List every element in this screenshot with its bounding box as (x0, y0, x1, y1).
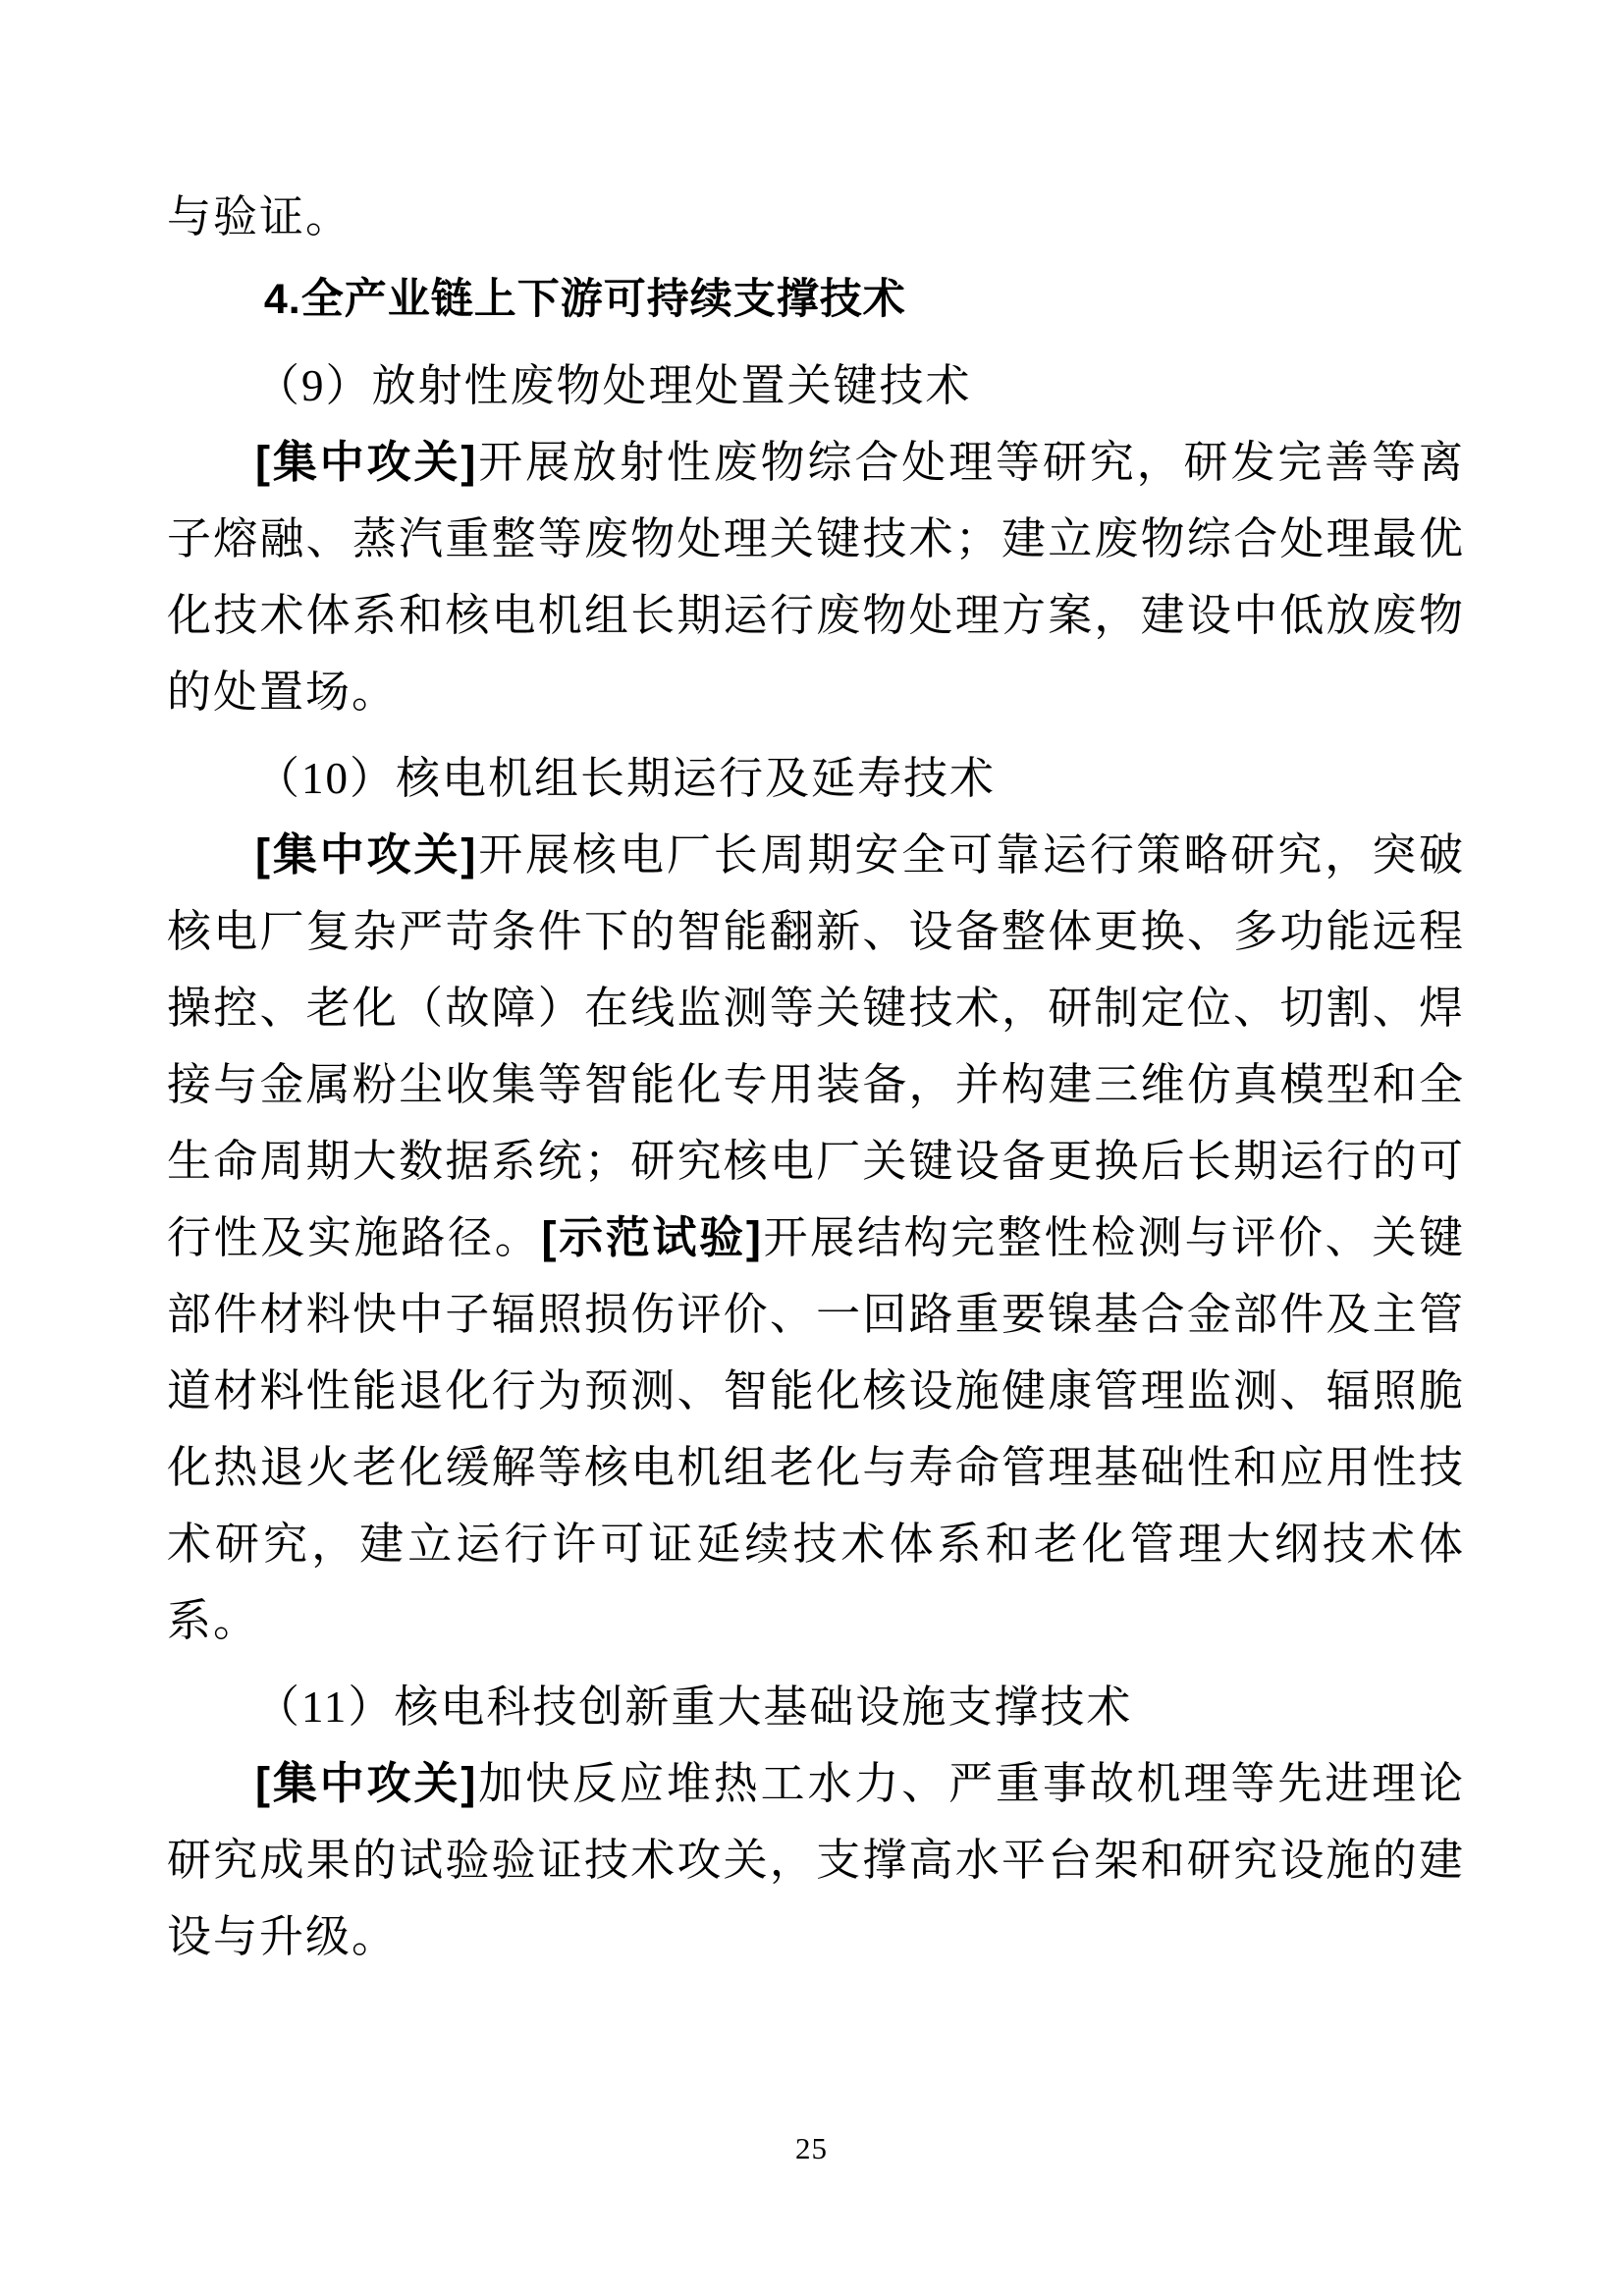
item-title: （10）核电机组长期运行及延寿技术 (167, 740, 1465, 817)
document-page: 与验证。 4.全产业链上下游可持续支撑技术 （9）放射性废物处理处置关键技术 [… (0, 0, 1623, 2296)
item-paragraph: [集中攻关]开展放射性废物综合处理等研究，研发完善等离子熔融、蒸汽重整等废物处理… (167, 424, 1465, 730)
item-title: （9）放射性废物处理处置关键技术 (167, 347, 1465, 424)
tag-label: [集中攻关] (255, 829, 477, 880)
item-title: （11）核电科技创新重大基础设施支撑技术 (167, 1669, 1465, 1745)
paragraph-continuation: 与验证。 (167, 179, 1465, 255)
tag-label: [示范试验] (541, 1212, 762, 1262)
section-item-10: （10）核电机组长期运行及延寿技术 [集中攻关]开展核电厂长周期安全可靠运行策略… (167, 740, 1465, 1659)
section-item-11: （11）核电科技创新重大基础设施支撑技术 [集中攻关]加快反应堆热工水力、严重事… (167, 1669, 1465, 1975)
page-number: 25 (0, 2131, 1623, 2166)
item-paragraph: [集中攻关]开展核电厂长周期安全可靠运行策略研究，突破核电厂复杂严苛条件下的智能… (167, 817, 1465, 1659)
paragraph-text: 开展核电厂长周期安全可靠运行策略研究，突破核电厂复杂严苛条件下的智能翻新、设备整… (167, 830, 1465, 1262)
item-paragraph: [集中攻关]加快反应堆热工水力、严重事故机理等先进理论研究成果的试验验证技术攻关… (167, 1745, 1465, 1975)
document-content: 与验证。 4.全产业链上下游可持续支撑技术 （9）放射性废物处理处置关键技术 [… (167, 179, 1465, 1975)
tag-label: [集中攻关] (255, 1758, 477, 1808)
paragraph-text: 开展结构完整性检测与评价、关键部件材料快中子辐照损伤评价、一回路重要镍基合金部件… (167, 1213, 1465, 1645)
tag-label: [集中攻关] (255, 437, 477, 487)
section-item-9: （9）放射性废物处理处置关键技术 [集中攻关]开展放射性废物综合处理等研究，研发… (167, 347, 1465, 730)
chapter-heading: 4.全产业链上下游可持续支撑技术 (167, 261, 1465, 338)
